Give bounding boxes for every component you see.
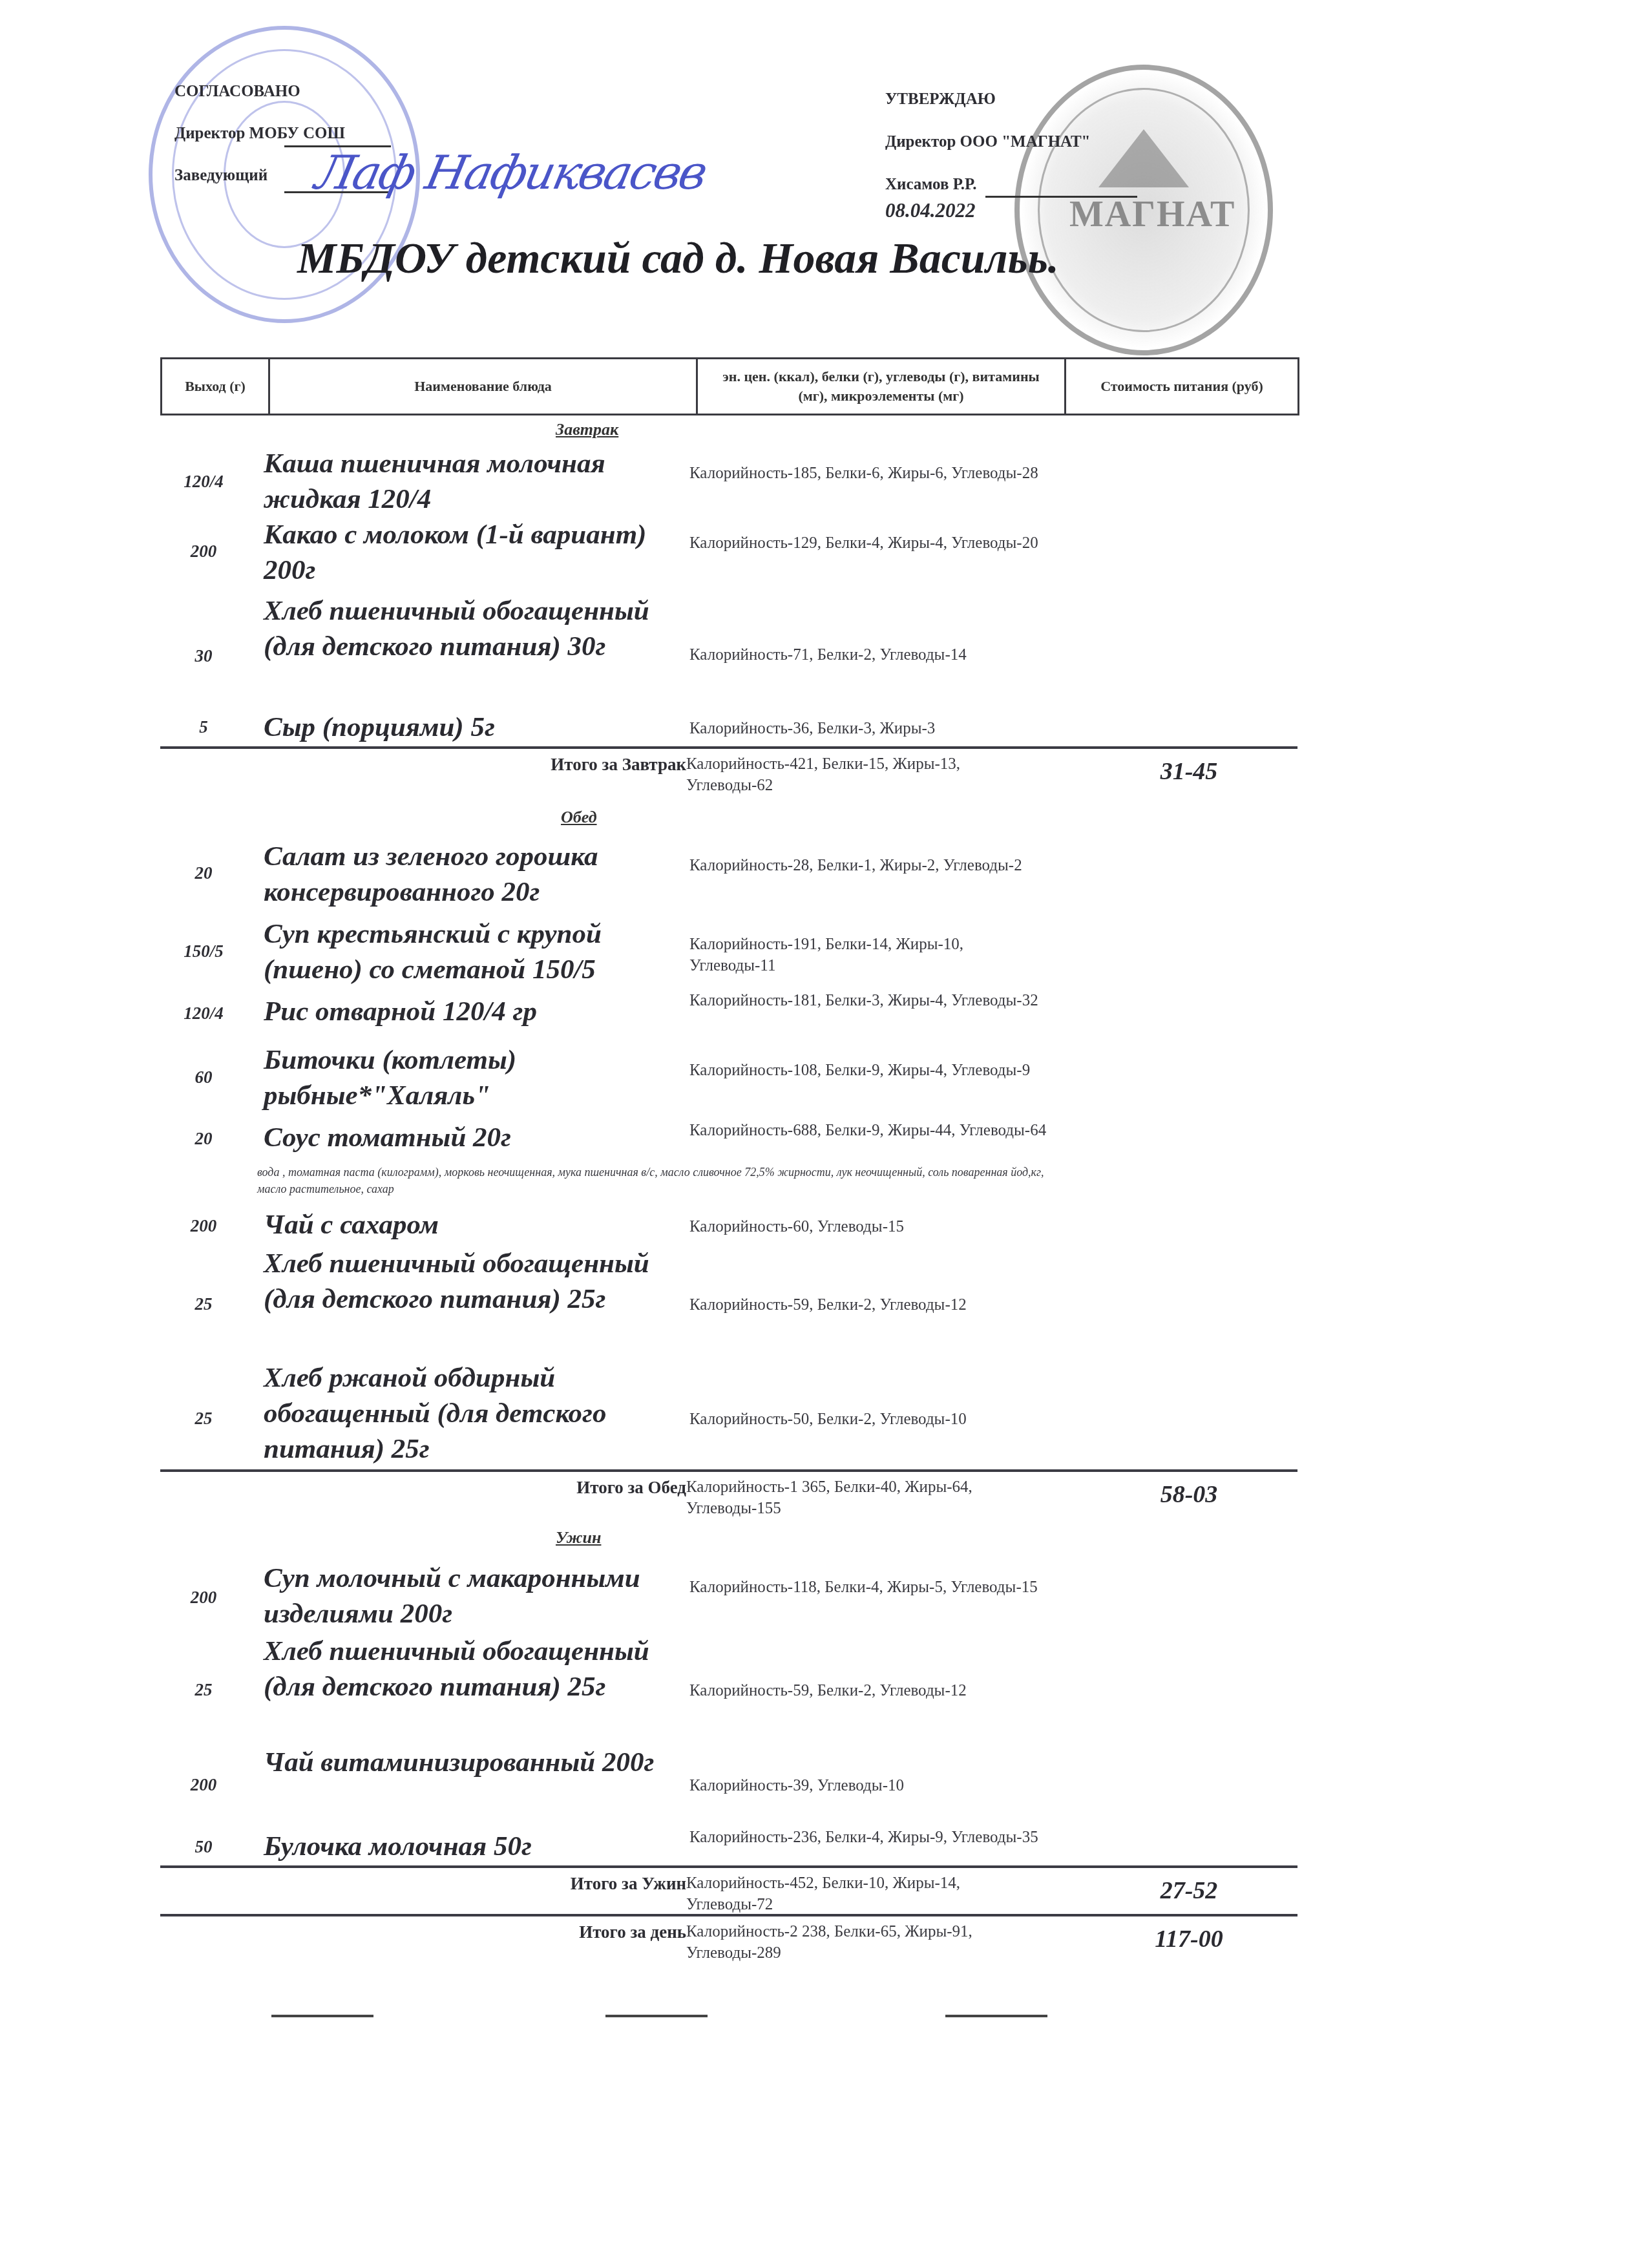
subtotal-nutrition: Калорийность-421, Белки-15, Жиры-13, Угл… — [686, 753, 1048, 796]
row-nutrition: Калорийность-118, Белки-4, Жиры-5, Углев… — [689, 1577, 1051, 1598]
row-dish: Какао с молоком (1-й вариант) 200г — [264, 517, 690, 588]
row-qty: 150/5 — [165, 941, 242, 961]
approval-right-heading: УТВЕРЖДАЮ — [885, 90, 996, 109]
row-dish: Сыр (порциями) 5г — [264, 709, 690, 745]
column-header-nutrition: эн. цен. (ккал), белки (г), углеводы (г)… — [698, 359, 1066, 414]
row-dish: Хлеб пшеничный обогащенный (для детского… — [264, 1633, 690, 1705]
row-nutrition: Калорийность-71, Белки-2, Углеводы-14 — [689, 644, 1051, 666]
row-dish: Соус томатный 20г — [264, 1120, 690, 1155]
row-qty: 120/4 — [165, 1003, 242, 1024]
stamp-label: МАГНАТ — [1069, 194, 1218, 235]
subtotal-cost: 58-03 — [1144, 1480, 1234, 1509]
approval-left-role: Заведующий — [174, 167, 268, 185]
row-qty: 50 — [165, 1837, 242, 1857]
subtotal-nutrition: Калорийность-1 365, Белки-40, Жиры-64, У… — [686, 1476, 1048, 1519]
row-qty: 30 — [165, 646, 242, 666]
divider — [160, 746, 1297, 749]
footer-signature-line — [605, 2015, 708, 2017]
row-dish: Каша пшеничная молочная жидкая 120/4 — [264, 446, 690, 517]
row-nutrition: Калорийность-688, Белки-9, Жиры-44, Угле… — [689, 1120, 1051, 1141]
row-qty: 200 — [165, 1216, 242, 1236]
column-header-cost: Стоимость питания (руб) — [1066, 359, 1297, 414]
row-dish: Хлеб пшеничный обогащенный (для детского… — [264, 593, 690, 664]
row-nutrition: Калорийность-59, Белки-2, Углеводы-12 — [689, 1294, 1051, 1316]
column-header-qty: Выход (г) — [162, 359, 270, 414]
row-dish: Суп крестьянский с крупой (пшено) со сме… — [264, 916, 690, 987]
row-qty: 25 — [165, 1409, 242, 1429]
row-dish: Чай с сахаром — [264, 1207, 690, 1243]
row-qty: 60 — [165, 1067, 242, 1087]
subtotal-cost: 31-45 — [1144, 757, 1234, 786]
subtotal-label: Итого за Ужин — [571, 1874, 686, 1894]
row-dish: Хлеб ржаной обдирный обогащенный (для де… — [264, 1360, 690, 1467]
row-nutrition: Калорийность-50, Белки-2, Углеводы-10 — [689, 1409, 1051, 1430]
row-dish: Суп молочный с макаронными изделиями 200… — [264, 1560, 690, 1632]
row-nutrition: Калорийность-236, Белки-4, Жиры-9, Углев… — [689, 1827, 1051, 1848]
divider — [160, 1914, 1297, 1916]
section-title-dinner: Ужин — [556, 1528, 601, 1548]
approval-date: 08.04.2022 — [885, 199, 976, 222]
footer-signature-line — [271, 2015, 373, 2017]
day-total-label: Итого за день — [579, 1922, 686, 1942]
row-dish: Салат из зеленого горошка консервированн… — [264, 839, 690, 910]
row-nutrition: Калорийность-181, Белки-3, Жиры-4, Углев… — [689, 990, 1051, 1011]
row-dish: Биточки (котлеты) рыбные*"Халяль" — [264, 1042, 690, 1113]
divider — [160, 1469, 1297, 1472]
row-qty: 200 — [165, 1775, 242, 1795]
signature-line-approver — [985, 196, 1137, 198]
handwritten-signature: Лаф Нафиквасвв — [311, 145, 711, 200]
section-title-breakfast: Завтрак — [556, 420, 618, 439]
row-nutrition: Калорийность-36, Белки-3, Жиры-3 — [689, 718, 1051, 739]
row-qty: 200 — [165, 1588, 242, 1608]
row-nutrition: Калорийность-59, Белки-2, Углеводы-12 — [689, 1680, 1051, 1701]
subtotal-label: Итого за Обед — [576, 1478, 686, 1498]
row-dish: Хлеб пшеничный обогащенный (для детского… — [264, 1246, 690, 1317]
row-nutrition: Калорийность-39, Углеводы-10 — [689, 1775, 1051, 1796]
stamp-mountain-icon — [1098, 129, 1189, 187]
subtotal-nutrition: Калорийность-452, Белки-10, Жиры-14, Угл… — [686, 1873, 1048, 1915]
divider — [160, 1865, 1297, 1868]
row-nutrition: Калорийность-60, Углеводы-15 — [689, 1216, 1051, 1237]
row-qty: 120/4 — [165, 472, 242, 492]
row-qty: 20 — [165, 863, 242, 883]
row-qty: 200 — [165, 541, 242, 562]
row-nutrition: Калорийность-28, Белки-1, Жиры-2, Углево… — [689, 855, 1051, 876]
day-total-cost: 117-00 — [1144, 1925, 1234, 1953]
row-dish: Чай витаминизированный 200г — [264, 1745, 690, 1780]
row-nutrition: Калорийность-129, Белки-4, Жиры-4, Углев… — [689, 532, 1051, 554]
row-dish: Булочка молочная 50г — [264, 1829, 690, 1864]
approval-left-position: Директор МОБУ СОШ — [174, 125, 345, 143]
footer-signature-line — [945, 2015, 1047, 2017]
column-header-dish: Наименование блюда — [270, 359, 698, 414]
row-qty: 5 — [165, 717, 242, 737]
page-title: МБДОУ детский сад д. Новая Васильь. — [297, 233, 1059, 284]
table-header: Выход (г) Наименование блюда эн. цен. (к… — [160, 357, 1299, 415]
row-nutrition: Калорийность-108, Белки-9, Жиры-4, Углев… — [689, 1060, 1051, 1081]
row-qty: 20 — [165, 1129, 242, 1149]
section-title-lunch: Обед — [561, 808, 597, 827]
row-qty: 25 — [165, 1294, 242, 1314]
subtotal-cost: 27-52 — [1144, 1876, 1234, 1905]
row-dish: Рис отварной 120/4 гр — [264, 994, 690, 1029]
ingredients-note: вода , томатная паста (килограмм), морко… — [257, 1164, 1065, 1197]
day-total-nutrition: Калорийность-2 238, Белки-65, Жиры-91, У… — [686, 1921, 1048, 1964]
subtotal-label: Итого за Завтрак — [551, 755, 686, 775]
row-nutrition: Калорийность-185, Белки-6, Жиры-6, Углев… — [689, 463, 1051, 484]
row-nutrition: Калорийность-191, Белки-14, Жиры-10, Угл… — [689, 934, 1051, 976]
approval-left-heading: СОГЛАСОВАНО — [174, 83, 300, 101]
approval-right-name: Хисамов Р.Р. — [885, 176, 976, 194]
approval-right-position: Директор ООО "МАГНАТ" — [885, 133, 1091, 151]
row-qty: 25 — [165, 1680, 242, 1700]
